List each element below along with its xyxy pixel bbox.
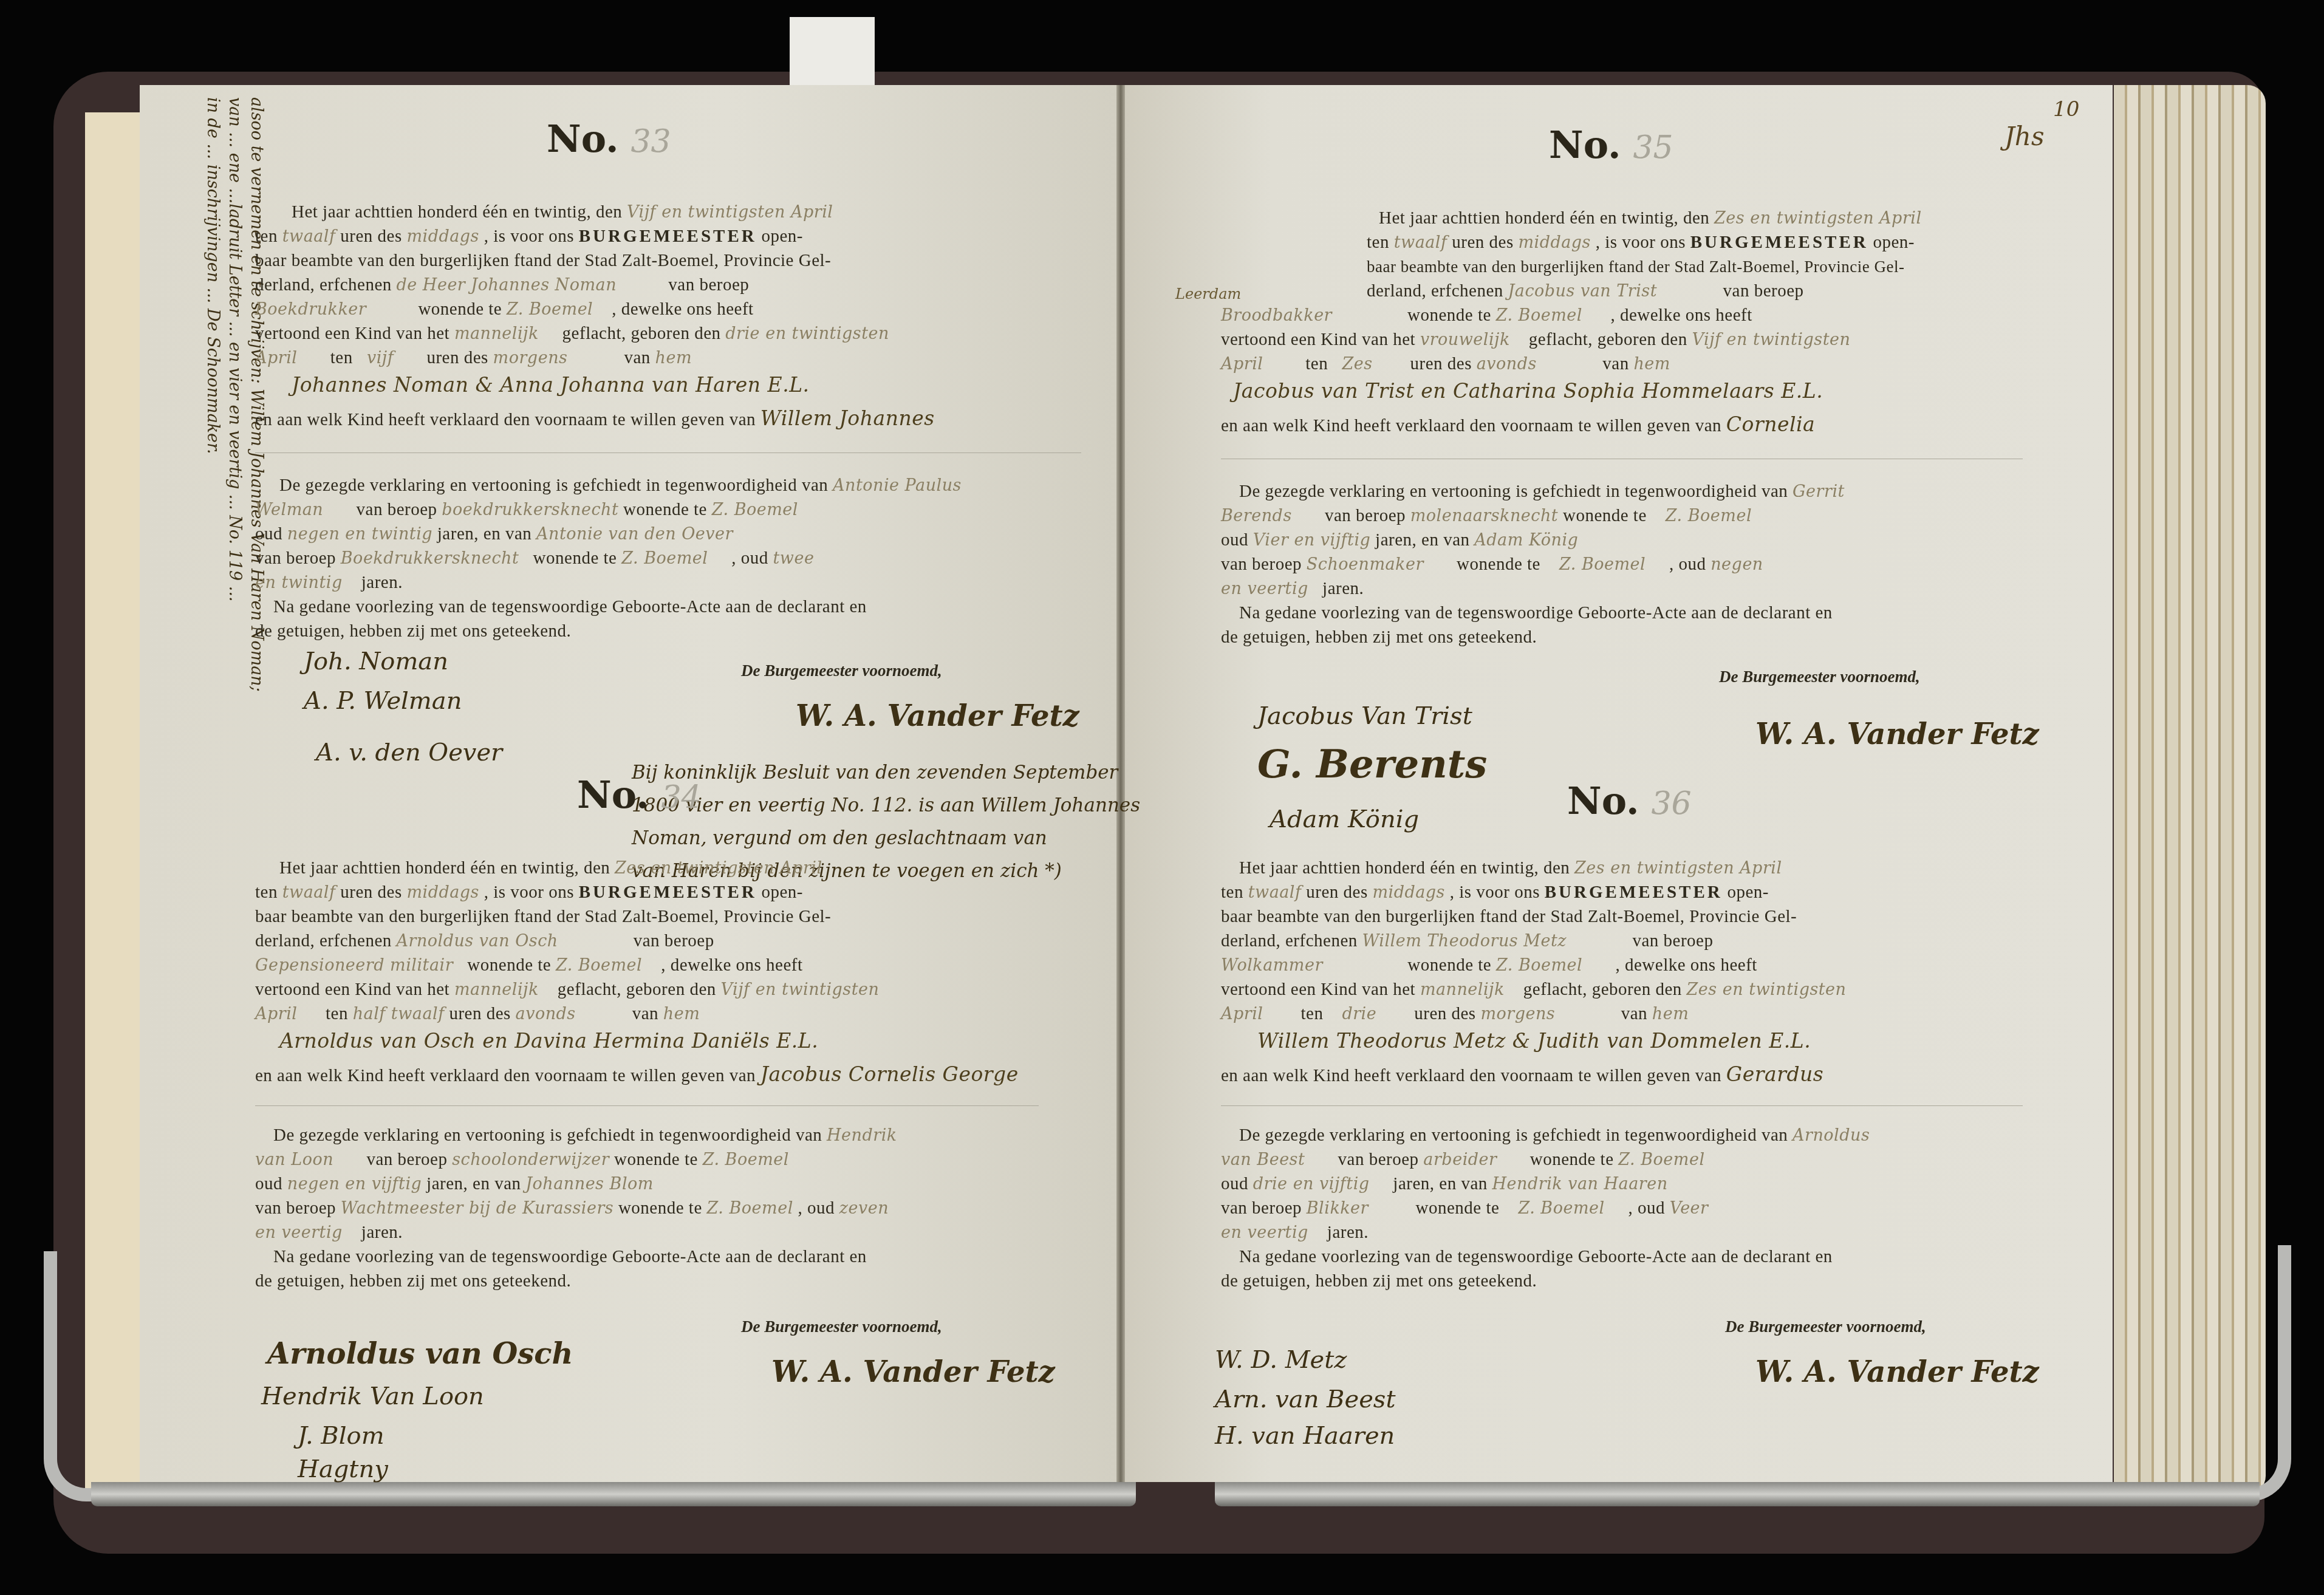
- birth-record-35: No.35 Het jaar achttien honderd één en t…: [1221, 121, 2035, 790]
- printed-text: BURGEMEESTER: [1545, 883, 1723, 902]
- printed-text: derland, erfchenen: [255, 931, 392, 951]
- handwritten-field: Z. Boemel: [1518, 1199, 1604, 1218]
- printed-text: ten: [255, 227, 278, 246]
- printed-text: en veertig jaren.: [1221, 1221, 1369, 1245]
- printed-text: wonende te: [1457, 555, 1540, 574]
- handwritten-field: Johannes Noman & Anna Johanna van Haren …: [292, 374, 810, 397]
- handwritten-field: April: [255, 1005, 297, 1023]
- handwritten-field: en veertig: [1221, 1223, 1308, 1242]
- handwritten-field: Hendrik: [827, 1126, 897, 1145]
- printed-text: oud: [255, 1174, 282, 1194]
- handwritten-field: Z. Boemel: [1496, 956, 1582, 975]
- handwritten-field: April: [1221, 1005, 1263, 1023]
- handwritten-field: de Heer Johannes Noman: [397, 276, 617, 295]
- printed-text: derland, erfchenen Willem Theodorus Metz…: [1221, 929, 1714, 953]
- printed-text: en aan welk Kind heeft verklaard den voo…: [255, 410, 756, 429]
- printed-text: Het jaar achttien honderd één en twintig…: [279, 858, 610, 878]
- signature: Arnoldus van Osch: [267, 1342, 573, 1365]
- handwritten-field: en twintig: [255, 573, 343, 592]
- handwritten-field: Wolkammer: [1221, 956, 1323, 975]
- printed-text: de getuigen, hebben zij met ons geteeken…: [1221, 1269, 1537, 1293]
- printed-text: open-: [761, 883, 803, 902]
- printed-text: , is voor ons: [1450, 883, 1540, 902]
- handwritten-field: Zes en twintigsten April: [615, 859, 822, 878]
- printed-text: en veertig jaren.: [1221, 577, 1364, 601]
- printed-text: en twintig jaren.: [255, 571, 403, 595]
- handwritten-field: middags: [1372, 883, 1445, 902]
- margin-line: in de ... inschrijvingen ... De Schoonma…: [202, 97, 224, 692]
- printed-text: derland, erfchenen Jacobus van Trist van…: [1367, 279, 1804, 303]
- printed-text: vertoond een Kind van het mannelijk gefl…: [255, 322, 889, 346]
- handwritten-field: en veertig: [1221, 579, 1308, 598]
- printed-text: van beroep: [1221, 1198, 1302, 1218]
- printed-text: wonende te: [614, 1150, 698, 1169]
- printed-text: van: [1602, 354, 1629, 374]
- printed-text: baar beambte van den burgerlijken ftand …: [1221, 905, 1797, 928]
- handwritten-field: Vijf en twintigsten April: [627, 203, 833, 222]
- handwritten-field: April: [255, 349, 297, 367]
- metal-corner-right: [2211, 1245, 2291, 1501]
- printed-text: wonende te: [1407, 306, 1491, 325]
- handwritten-field: morgens: [493, 349, 568, 367]
- mayor-signature: W. A. Vander Fetz: [771, 1361, 1055, 1384]
- handwritten-field: Schoenmaker: [1307, 555, 1424, 574]
- printed-text: van beroep: [1632, 931, 1713, 951]
- printed-text: jaren, en van: [426, 1174, 521, 1194]
- printed-text: Welman van beroep boekdrukkersknecht won…: [255, 498, 798, 522]
- printed-text: Het jaar achttien honderd één en twintig…: [1239, 856, 1782, 880]
- printed-text: wonende te: [1563, 506, 1647, 525]
- handwritten-field: Boekdrukker: [255, 300, 366, 319]
- printed-text: van Beest van beroep arbeider wonende te…: [1221, 1148, 1705, 1172]
- printed-text: , oud: [731, 548, 768, 568]
- signature: Joh. Noman: [304, 650, 448, 673]
- page-number: 10: [2053, 97, 2079, 121]
- handwritten-field: Berends: [1221, 507, 1292, 525]
- handwritten-field: drie: [1342, 1005, 1376, 1023]
- printed-text: geflacht, geboren den: [558, 980, 716, 999]
- printed-text: ten: [1300, 1004, 1323, 1023]
- burgemeester-label: De Burgemeester voornoemd,: [1725, 1315, 1926, 1338]
- printed-text: wonende te: [1416, 1198, 1500, 1218]
- printed-text: van beroep Schoenmaker wonende te Z. Boe…: [1221, 553, 1763, 576]
- printed-text: van beroep: [668, 275, 749, 295]
- handwritten-field: Z. Boemel: [707, 1199, 793, 1218]
- signature: Hagtny: [298, 1458, 388, 1481]
- printed-text: en aan welk Kind heeft verklaard den voo…: [1221, 1066, 1721, 1085]
- printed-text: van: [624, 348, 650, 367]
- printed-text: ten: [1221, 883, 1243, 902]
- printed-text: ten: [1367, 233, 1389, 252]
- printed-text: en aan welk Kind heeft verklaard den voo…: [255, 1063, 1019, 1087]
- handwritten-field: Adam König: [1474, 531, 1578, 550]
- printed-text: De gezegde verklaring en vertooning is g…: [279, 474, 962, 497]
- printed-text: April ten Zes uren des avonds van hem: [1221, 352, 1670, 376]
- printed-text: derland, erfchenen: [255, 275, 392, 295]
- printed-text: , dewelke ons heeft: [612, 299, 753, 319]
- printed-text: vertoond een Kind van het vrouwelijk gef…: [1221, 328, 1850, 352]
- printed-text: jaren, en van: [1393, 1174, 1487, 1194]
- handwritten-field: Z. Boemel: [712, 500, 798, 519]
- printed-text: oud negen en twintig jaren, en van Anton…: [255, 522, 733, 546]
- printed-text: uren des: [426, 348, 488, 367]
- printed-text: uren des: [1452, 233, 1513, 252]
- handwritten-field: Z. Boemel: [1559, 555, 1646, 574]
- printed-text: van beroep: [1325, 506, 1406, 525]
- printed-text: en aan welk Kind heeft verklaard den voo…: [255, 407, 935, 431]
- printed-text: wonende te: [1407, 955, 1491, 975]
- handwritten-field: twaalf: [1248, 883, 1302, 902]
- printed-text: en aan welk Kind heeft verklaard den voo…: [255, 1066, 756, 1085]
- mayor-signature: W. A. Vander Fetz: [1755, 1361, 2039, 1384]
- birth-record-36: No.36 Het jaar achttien honderd één en t…: [1221, 790, 2035, 1458]
- printed-text: wonende te: [467, 955, 551, 975]
- printed-text: April ten vijf uren des morgens van hem: [255, 346, 692, 370]
- printed-text: en veertig jaren.: [255, 1221, 403, 1245]
- printed-text: , is voor ons: [1596, 233, 1686, 252]
- handwritten-field: hem: [1633, 355, 1670, 374]
- handwritten-field: Zes en twintigsten: [1687, 980, 1847, 999]
- signature: Arn. van Beest: [1215, 1388, 1395, 1411]
- printed-text: baar beambte van den burgerlijken ftand …: [255, 905, 831, 928]
- printed-text: geflacht, geboren den: [1523, 980, 1682, 999]
- printed-text: De gezegde verklaring en vertooning is g…: [273, 1125, 822, 1145]
- record-number: No.36: [1567, 790, 1692, 815]
- printed-text: Boekdrukker wonende te Z. Boemel , dewel…: [255, 298, 754, 321]
- handwritten-field: Z. Boemel: [507, 300, 593, 319]
- handwritten-field: vrouwelijk: [1420, 330, 1510, 349]
- printed-text: jaren, en van: [437, 524, 531, 544]
- printed-text: wonende te: [1530, 1150, 1614, 1169]
- handwritten-field: Gepensioneerd militair: [255, 956, 453, 975]
- printed-text: , oud: [798, 1198, 835, 1218]
- printed-text: oud: [1221, 1174, 1248, 1194]
- printed-text: derland, erfchenen de Heer Johannes Noma…: [255, 273, 749, 297]
- burgemeester-label: De Burgemeester voornoemd,: [1719, 665, 1920, 688]
- handwritten-field: Blikker: [1307, 1199, 1369, 1218]
- printed-text: van: [1621, 1004, 1647, 1023]
- handwritten-field: Cornelia: [1726, 412, 1815, 436]
- printed-text: derland, erfchenen Arnoldus van Osch van…: [255, 929, 714, 953]
- handwritten-field: Gerardus: [1726, 1062, 1823, 1086]
- handwritten-field: Arnoldus van Osch: [397, 932, 558, 951]
- printed-text: ten: [1305, 354, 1328, 374]
- birth-record-33: No.33 Het jaar achttien honderd één en t…: [255, 121, 1106, 790]
- printed-text: open-: [761, 227, 803, 246]
- handwritten-field: hem: [663, 1005, 700, 1023]
- printed-text: van beroep: [1338, 1150, 1419, 1169]
- handwritten-field: van Beest: [1221, 1150, 1305, 1169]
- handwritten-field: Boekdrukkersknecht: [341, 549, 519, 568]
- printed-text: van beroep: [366, 1150, 447, 1169]
- mayor-signature: W. A. Vander Fetz: [796, 705, 1079, 728]
- handwritten-field: avonds: [516, 1005, 576, 1023]
- printed-text: de getuigen, hebben zij met ons geteeken…: [255, 620, 571, 643]
- divider: [1221, 459, 2023, 459]
- printed-text: Het jaar achttien honderd één en twintig…: [1379, 207, 1922, 230]
- handwritten-field: van Loon: [255, 1150, 333, 1169]
- handwritten-field: Antonie Paulus: [833, 476, 962, 495]
- printed-text: jaren, en van: [1375, 530, 1469, 550]
- printed-text: van beroep: [255, 1198, 336, 1218]
- handwritten-field: Jacobus van Trist: [1508, 282, 1658, 301]
- printed-text: vertoond een Kind van het: [1221, 330, 1415, 349]
- handwritten-field: Z. Boemel: [1618, 1150, 1704, 1169]
- printed-text: Het jaar achttien honderd één en twintig…: [292, 202, 622, 222]
- printed-text: wonende te: [623, 500, 707, 519]
- printed-text: De gezegde verklaring en vertooning is g…: [279, 476, 828, 495]
- handwritten-field: middags: [406, 883, 479, 902]
- printed-text: , is voor ons: [484, 227, 574, 246]
- handwritten-field: hem: [655, 349, 692, 367]
- printed-text: van beroep Blikker wonende te Z. Boemel …: [1221, 1197, 1709, 1220]
- handwritten-field: drie en twintigsten: [725, 324, 889, 343]
- handwritten-field: mannelijk: [1420, 980, 1505, 999]
- handwritten-field: twee: [773, 549, 814, 568]
- printed-text: en aan welk Kind heeft verklaard den voo…: [1221, 413, 1815, 437]
- printed-text: Na gedane voorlezing van de tegenswoordi…: [273, 1245, 867, 1268]
- printed-text: oud negen en vijftig jaren, en van Johan…: [255, 1172, 654, 1196]
- handwritten-field: Welman: [255, 500, 323, 519]
- handwritten-field: Hendrik van Haaren: [1492, 1175, 1668, 1194]
- printed-text: Na gedane voorlezing van de tegenswoordi…: [1239, 1245, 1833, 1268]
- handwritten-field: Z. Boemel: [556, 956, 642, 975]
- printed-text: derland, erfchenen: [1221, 931, 1358, 951]
- printed-text: de getuigen, hebben zij met ons geteeken…: [255, 1269, 571, 1293]
- printed-text: en aan welk Kind heeft verklaard den voo…: [1221, 1063, 1823, 1087]
- printed-text: Het jaar achttien honderd één en twintig…: [1379, 208, 1709, 228]
- handwritten-field: Z. Boemel: [621, 549, 708, 568]
- printed-text: ten: [255, 883, 278, 902]
- signature: W. D. Metz: [1215, 1348, 1347, 1371]
- printed-text: , is voor ons: [484, 883, 574, 902]
- printed-text: ten twaalf uren des middags , is voor on…: [1367, 231, 1915, 254]
- printed-text: , dewelke ons heeft: [1610, 306, 1752, 325]
- printed-text: Na gedane voorlezing van de tegenswoordi…: [1239, 601, 1833, 624]
- printed-text: oud drie en vijftig jaren, en van Hendri…: [1221, 1172, 1668, 1196]
- printed-text: geflacht, geboren den: [562, 324, 721, 343]
- printed-text: van beroep Wachtmeester bij de Kurassier…: [255, 1197, 889, 1220]
- handwritten-field: hem: [1652, 1005, 1689, 1023]
- handwritten-field: Veer: [1670, 1199, 1709, 1218]
- printed-text: van beroep: [255, 548, 336, 568]
- printed-text: April ten drie uren des morgens van hem: [1221, 1002, 1689, 1026]
- printed-text: Broodbakker wonende te Z. Boemel , dewel…: [1221, 304, 1752, 327]
- handwritten-field: zeven: [839, 1199, 889, 1218]
- printed-text: Het jaar achttien honderd één en twintig…: [1239, 858, 1570, 878]
- signature: J. Blom: [298, 1424, 384, 1447]
- handwritten-field: negen en vijftig: [287, 1175, 422, 1194]
- printed-text: ten twaalf uren des middags , is voor on…: [255, 225, 803, 248]
- margin-line: van ... ene ...ladruit Letter ... en vie…: [224, 97, 245, 692]
- handwritten-field: Jacobus Cornelis George: [760, 1062, 1019, 1086]
- printed-text: uren des: [1414, 1004, 1475, 1023]
- printed-text: ten: [330, 348, 353, 367]
- handwritten-field: Jacobus van Trist en Catharina Sophia Ho…: [1233, 380, 1823, 403]
- printed-text: van beroep: [357, 500, 437, 519]
- handwritten-field: half twaalf: [353, 1005, 445, 1023]
- handwritten-field: Vijf en twintigsten: [721, 980, 880, 999]
- printed-text: Gepensioneerd militair wonende te Z. Boe…: [255, 954, 803, 977]
- printed-text: open-: [1727, 883, 1769, 902]
- printed-text: van beroep: [1723, 281, 1804, 301]
- printed-text: baar beambte van den burgerlijken ftand …: [1367, 255, 1904, 278]
- handwritten-field: Johannes Blom: [525, 1175, 654, 1194]
- printed-text: van beroep Boekdrukkersknecht wonende te…: [255, 547, 814, 570]
- printed-text: baar beambte van den burgerlijken ftand …: [255, 249, 831, 272]
- handwritten-field: Zes: [1342, 355, 1372, 374]
- handwritten-field: Z. Boemel: [703, 1150, 789, 1169]
- handwritten-field: middags: [1518, 233, 1591, 252]
- handwritten-field: drie en vijftig: [1253, 1175, 1370, 1194]
- printed-text: oud Vier en vijftig jaren, en van Adam K…: [1221, 528, 1578, 552]
- handwritten-field: April: [1221, 355, 1263, 374]
- record-number: No.33: [547, 128, 671, 153]
- handwritten-field: Willem Theodorus Metz: [1362, 932, 1567, 951]
- printed-text: vertoond een Kind van het: [255, 324, 449, 343]
- printed-text: De gezegde verklaring en vertooning is g…: [1239, 480, 1845, 504]
- printed-text: de getuigen, hebben zij met ons geteeken…: [1221, 626, 1537, 649]
- printed-text: oud: [1221, 530, 1248, 550]
- printed-text: , dewelke ons heeft: [1615, 955, 1757, 975]
- printed-text: uren des: [1410, 354, 1472, 374]
- handwritten-field: negen: [1711, 555, 1763, 574]
- handwritten-field: Vier en vijftig: [1253, 531, 1371, 550]
- printed-text: Berends van beroep molenaarsknecht wonen…: [1221, 504, 1752, 528]
- handwritten-field: twaalf: [282, 883, 336, 902]
- metal-corner-left: [44, 1251, 124, 1501]
- handwritten-field: mannelijk: [454, 980, 539, 999]
- signature: A. v. den Oever: [316, 741, 502, 764]
- handwritten-field: Broodbakker: [1221, 306, 1332, 325]
- printed-text: BURGEMEESTER: [579, 227, 757, 246]
- printed-text: Het jaar achttien honderd één en twintig…: [292, 200, 833, 224]
- printed-text: Wolkammer wonende te Z. Boemel , dewelke…: [1221, 954, 1757, 977]
- printed-text: De gezegde verklaring en vertooning is g…: [1239, 482, 1788, 501]
- handwritten-field: Zes en twintigsten April: [1714, 209, 1922, 228]
- printed-text: April ten half twaalf uren des avonds va…: [255, 1002, 700, 1026]
- handwritten-field: schoolonderwijzer: [452, 1150, 609, 1169]
- printed-text: BURGEMEESTER: [579, 883, 757, 902]
- printed-text: uren des: [340, 227, 402, 246]
- handwritten-field: Willem Johannes: [760, 406, 935, 430]
- printed-text: vertoond een Kind van het: [1221, 980, 1415, 999]
- printed-text: geflacht, geboren den: [1529, 330, 1687, 349]
- handwritten-field: arbeider: [1423, 1150, 1497, 1169]
- handwritten-field: Antonie van den Oever: [536, 525, 733, 544]
- record-number: No.34: [577, 784, 702, 809]
- divider: [255, 453, 1081, 453]
- handwritten-field: mannelijk: [454, 324, 539, 343]
- handwritten-field: Gerrit: [1793, 482, 1845, 501]
- printed-text: vertoond een Kind van het mannelijk gefl…: [1221, 978, 1847, 1002]
- printed-text: van Loon van beroep schoolonderwijzer wo…: [255, 1148, 789, 1172]
- handwritten-field: Z. Boemel: [1496, 306, 1582, 325]
- handwritten-field: Zes en twintigsten April: [1574, 859, 1782, 878]
- handwritten-field: twaalf: [282, 227, 336, 246]
- signature: G. Berents: [1257, 753, 1487, 776]
- printed-text: van: [632, 1004, 658, 1023]
- handwritten-field: Arnoldus van Osch en Davina Hermina Dani…: [279, 1030, 818, 1053]
- printed-text: uren des: [1306, 883, 1367, 902]
- handwritten-field: en veertig: [255, 1223, 343, 1242]
- handwritten-field: morgens: [1480, 1005, 1555, 1023]
- handwritten-field: twaalf: [1394, 233, 1447, 252]
- printed-text: oud: [255, 524, 282, 544]
- printed-text: van beroep: [634, 931, 714, 951]
- printed-text: van beroep: [1221, 555, 1302, 574]
- printed-text: Het jaar achttien honderd één en twintig…: [279, 856, 822, 880]
- burgemeester-label: De Burgemeester voornoemd,: [741, 659, 942, 682]
- printed-text: De gezegde verklaring en vertooning is g…: [273, 1124, 897, 1147]
- printed-text: derland, erfchenen: [1367, 281, 1503, 301]
- handwritten-field: avonds: [1477, 355, 1537, 374]
- mayor-signature: W. A. Vander Fetz: [1755, 723, 2039, 746]
- record-number: No.35: [1549, 134, 1673, 159]
- printed-text: jaren.: [361, 1223, 403, 1242]
- handwritten-field: vijf: [367, 349, 394, 367]
- printed-text: , oud: [1628, 1198, 1665, 1218]
- printed-text: ten twaalf uren des middags , is voor on…: [255, 881, 803, 904]
- handwritten-field: negen en twintig: [287, 525, 432, 544]
- printed-text: De gezegde verklaring en vertooning is g…: [1239, 1124, 1870, 1147]
- divider: [1221, 1105, 2023, 1106]
- handwritten-field: Arnoldus: [1793, 1126, 1870, 1145]
- handwritten-field: Vijf en twintigsten: [1692, 330, 1850, 349]
- signature: A. P. Welman: [304, 689, 462, 712]
- printed-text: ten twaalf uren des middags , is voor on…: [1221, 881, 1769, 904]
- signature: H. van Haaren: [1215, 1424, 1395, 1447]
- handwritten-field: Willem Theodorus Metz & Judith van Domme…: [1257, 1030, 1811, 1053]
- printed-text: open-: [1873, 233, 1915, 252]
- birth-record-34: No.34 Het jaar achttien honderd één en t…: [255, 784, 1106, 1452]
- printed-text: jaren.: [1322, 579, 1364, 598]
- metal-edge-bottom-right: [1215, 1482, 2260, 1506]
- metal-edge-bottom-left: [91, 1482, 1136, 1506]
- handwritten-field: Z. Boemel: [1666, 507, 1752, 525]
- printed-text: Na gedane voorlezing van de tegenswoordi…: [273, 595, 867, 618]
- printed-text: , oud: [1669, 555, 1706, 574]
- divider: [255, 1105, 1039, 1106]
- printed-text: vertoond een Kind van het mannelijk gefl…: [255, 978, 879, 1002]
- printed-text: jaren.: [1327, 1223, 1369, 1242]
- burgemeester-label: De Burgemeester voornoemd,: [741, 1315, 942, 1338]
- printed-text: , dewelke ons heeft: [661, 955, 802, 975]
- signature: Jacobus Van Trist: [1257, 705, 1472, 728]
- handwritten-field: molenaarsknecht: [1410, 507, 1558, 525]
- printed-text: uren des: [449, 1004, 510, 1023]
- printed-text: uren des: [340, 883, 402, 902]
- handwritten-field: middags: [406, 227, 479, 246]
- printed-text: jaren.: [361, 573, 403, 592]
- printed-text: vertoond een Kind van het: [255, 980, 449, 999]
- handwritten-field: boekdrukkersknecht: [442, 500, 618, 519]
- printed-text: BURGEMEESTER: [1690, 233, 1868, 252]
- handwritten-field: Wachtmeester bij de Kurassiers: [341, 1199, 613, 1218]
- printed-text: wonende te: [618, 1198, 702, 1218]
- printed-text: wonende te: [418, 299, 502, 319]
- printed-text: De gezegde verklaring en vertooning is g…: [1239, 1125, 1788, 1145]
- printed-text: wonende te: [533, 548, 617, 568]
- printed-text: ten: [326, 1004, 348, 1023]
- printed-text: en aan welk Kind heeft verklaard den voo…: [1221, 416, 1721, 435]
- signature: Hendrik Van Loon: [261, 1385, 484, 1408]
